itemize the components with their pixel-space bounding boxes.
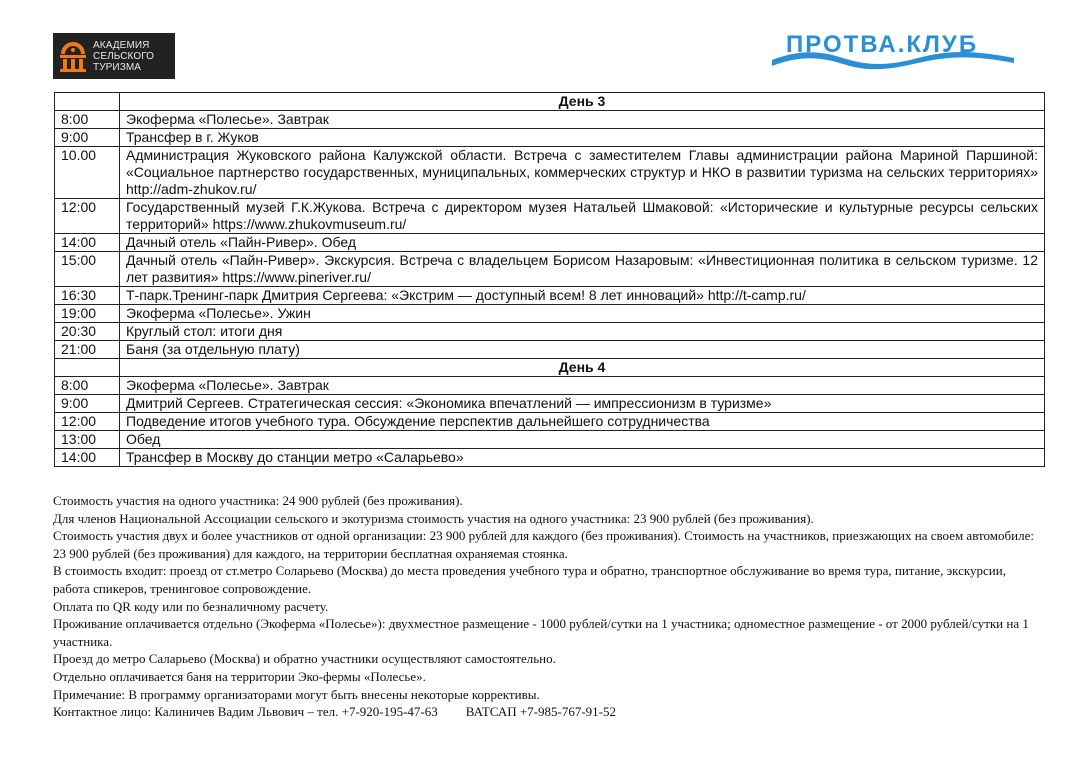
time-cell: 14:00 bbox=[55, 234, 120, 252]
note-paragraph: Стоимость участия на одного участника: 2… bbox=[53, 492, 1043, 510]
activity-cell: Экоферма «Полесье». Завтрак bbox=[120, 377, 1045, 395]
table-row: 13:00Обед bbox=[55, 431, 1045, 449]
activity-cell: Экоферма «Полесье». Завтрак bbox=[120, 111, 1045, 129]
activity-cell: Трансфер в г. Жуков bbox=[120, 129, 1045, 147]
note-paragraph: Проживание оплачивается отдельно (Экофер… bbox=[53, 615, 1043, 650]
time-cell: 8:00 bbox=[55, 111, 120, 129]
activity-cell: Дачный отель «Пайн-Ривер». Экскурсия. Вс… bbox=[120, 252, 1045, 287]
table-row: 19:00Экоферма «Полесье». Ужин bbox=[55, 305, 1045, 323]
note-paragraph: Отдельно оплачивается баня на территории… bbox=[53, 668, 1043, 686]
activity-cell: Т-парк.Тренинг-парк Дмитрия Сергеева: «Э… bbox=[120, 287, 1045, 305]
time-cell: 12:00 bbox=[55, 199, 120, 234]
day-title: День 3 bbox=[120, 93, 1045, 111]
table-row: 8:00Экоферма «Полесье». Завтрак bbox=[55, 377, 1045, 395]
logo-line: АКАДЕМИЯ bbox=[93, 40, 154, 51]
table-row: 9:00Дмитрий Сергеев. Стратегическая сесс… bbox=[55, 395, 1045, 413]
note-paragraph: Оплата по QR коду или по безналичному ра… bbox=[53, 598, 1043, 616]
table-row: 16:30Т-парк.Тренинг-парк Дмитрия Сергеев… bbox=[55, 287, 1045, 305]
activity-cell: Государственный музей Г.К.Жукова. Встреч… bbox=[120, 199, 1045, 234]
table-row: 15:00Дачный отель «Пайн-Ривер». Экскурси… bbox=[55, 252, 1045, 287]
activity-cell: Экоферма «Полесье». Ужин bbox=[120, 305, 1045, 323]
time-cell: 9:00 bbox=[55, 129, 120, 147]
contact-line: Контактное лицо: Калиничев Вадим Львович… bbox=[53, 703, 1043, 721]
time-cell: 13:00 bbox=[55, 431, 120, 449]
logo-line: ТУРИЗМА bbox=[93, 62, 154, 73]
table-row: 14:00Трансфер в Москву до станции метро … bbox=[55, 449, 1045, 467]
whatsapp-number: ВАТСАП +7-985-767-91-52 bbox=[466, 704, 616, 719]
academy-logo: АКАДЕМИЯ СЕЛЬСКОГО ТУРИЗМА bbox=[53, 33, 175, 79]
time-cell: 16:30 bbox=[55, 287, 120, 305]
table-row: 12:00Государственный музей Г.К.Жукова. В… bbox=[55, 199, 1045, 234]
note-paragraph: Примечание: В программу организаторами м… bbox=[53, 686, 1043, 704]
time-cell bbox=[55, 359, 120, 377]
time-cell: 19:00 bbox=[55, 305, 120, 323]
time-cell: 20:30 bbox=[55, 323, 120, 341]
protva-club-logo: ПРОТВА.КЛУБ bbox=[768, 28, 1018, 73]
schedule-table: День 38:00Экоферма «Полесье». Завтрак9:0… bbox=[54, 92, 1045, 467]
activity-cell: Баня (за отдельную плату) bbox=[120, 341, 1045, 359]
activity-cell: Трансфер в Москву до станции метро «Сала… bbox=[120, 449, 1045, 467]
time-cell: 21:00 bbox=[55, 341, 120, 359]
table-row: 10.00Администрация Жуковского района Кал… bbox=[55, 147, 1045, 199]
arch-columns-icon bbox=[53, 33, 91, 79]
activity-cell: Дачный отель «Пайн-Ривер». Обед bbox=[120, 234, 1045, 252]
table-row: 20:30Круглый стол: итоги дня bbox=[55, 323, 1045, 341]
time-cell bbox=[55, 93, 120, 111]
activity-cell: Круглый стол: итоги дня bbox=[120, 323, 1045, 341]
table-row: 8:00Экоферма «Полесье». Завтрак bbox=[55, 111, 1045, 129]
table-row: 21:00Баня (за отдельную плату) bbox=[55, 341, 1045, 359]
contact-person: Контактное лицо: Калиничев Вадим Львович… bbox=[53, 704, 438, 719]
table-row: 14:00Дачный отель «Пайн-Ривер». Обед bbox=[55, 234, 1045, 252]
academy-logo-text: АКАДЕМИЯ СЕЛЬСКОГО ТУРИЗМА bbox=[93, 40, 154, 73]
time-cell: 12:00 bbox=[55, 413, 120, 431]
day-header-row: День 4 bbox=[55, 359, 1045, 377]
time-cell: 14:00 bbox=[55, 449, 120, 467]
note-paragraph: Для членов Национальной Ассоциации сельс… bbox=[53, 510, 1043, 528]
notes-section: Стоимость участия на одного участника: 2… bbox=[53, 492, 1043, 721]
time-cell: 9:00 bbox=[55, 395, 120, 413]
wave-icon bbox=[768, 50, 1018, 72]
activity-cell: Дмитрий Сергеев. Стратегическая сессия: … bbox=[120, 395, 1045, 413]
note-paragraph: Стоимость участия двух и более участнико… bbox=[53, 527, 1043, 562]
activity-cell: Администрация Жуковского района Калужско… bbox=[120, 147, 1045, 199]
time-cell: 8:00 bbox=[55, 377, 120, 395]
time-cell: 15:00 bbox=[55, 252, 120, 287]
time-cell: 10.00 bbox=[55, 147, 120, 199]
note-paragraph: Проезд до метро Саларьево (Москва) и обр… bbox=[53, 650, 1043, 668]
table-row: 9:00Трансфер в г. Жуков bbox=[55, 129, 1045, 147]
note-paragraph: В стоимость входит: проезд от ст.метро С… bbox=[53, 562, 1043, 597]
day-title: День 4 bbox=[120, 359, 1045, 377]
day-header-row: День 3 bbox=[55, 93, 1045, 111]
table-row: 12:00Подведение итогов учебного тура. Об… bbox=[55, 413, 1045, 431]
activity-cell: Обед bbox=[120, 431, 1045, 449]
activity-cell: Подведение итогов учебного тура. Обсужде… bbox=[120, 413, 1045, 431]
logo-line: СЕЛЬСКОГО bbox=[93, 51, 154, 62]
